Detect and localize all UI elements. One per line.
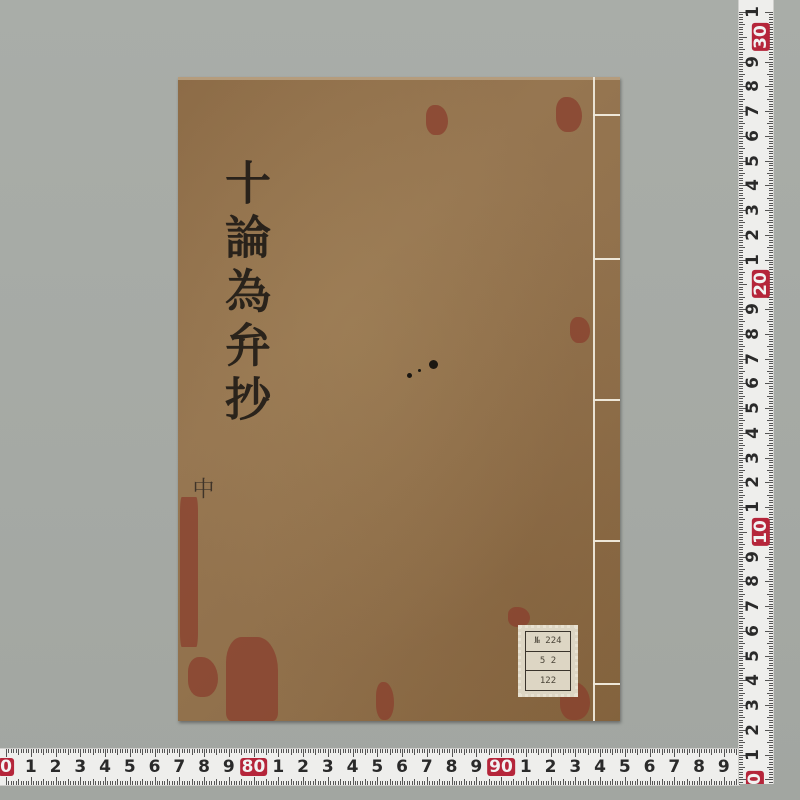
ruler-tick: [769, 89, 773, 90]
ruler-tick: [769, 304, 773, 305]
ruler-tick: [769, 710, 773, 711]
ruler-tick: [51, 781, 52, 785]
ruler-tick: [538, 749, 539, 755]
ruler-tick: [739, 764, 743, 765]
ruler-tick: [528, 749, 529, 753]
ruler-tick: [769, 146, 773, 147]
ruler-tick: [652, 749, 653, 753]
ruler-tick: [615, 781, 616, 785]
ruler-tick: [739, 448, 743, 449]
ruler-tick: [392, 781, 393, 785]
ruler-tick: [288, 781, 289, 785]
ruler-tick: [291, 779, 292, 785]
ruler-tick: [288, 749, 289, 753]
ruler-tick: [709, 749, 710, 753]
ruler-tick: [739, 349, 743, 350]
ruler-tick: [739, 316, 743, 317]
ruler-tick: [370, 781, 371, 785]
ruler-tick: [481, 781, 482, 785]
ruler-tick: [769, 138, 773, 139]
ruler-tick: [177, 781, 178, 785]
ruler-tick: [767, 74, 773, 75]
ruler-tick: [767, 569, 773, 570]
ruler-tick: [765, 482, 773, 483]
ruler-tick: [714, 781, 715, 785]
ruler-tick: [767, 123, 773, 124]
ruler-tick: [551, 777, 552, 785]
ruler-tick: [281, 781, 282, 785]
ruler-tick: [325, 749, 326, 753]
ruler-tick: [769, 413, 773, 414]
ruler-label: 0: [746, 771, 764, 784]
ruler-tick: [236, 781, 237, 785]
ruler-tick: [471, 749, 472, 753]
ruler-label: 9: [470, 758, 482, 776]
ruler-tick: [769, 203, 773, 204]
ruler-tick: [739, 37, 747, 38]
ruler-tick: [739, 24, 745, 25]
ruler-tick: [769, 341, 773, 342]
ruler-tick: [78, 749, 79, 753]
ruler-tick: [767, 693, 773, 694]
ruler-tick: [484, 749, 485, 753]
ruler-tick: [506, 749, 507, 753]
ruler-tick: [536, 781, 537, 785]
ruler-tick: [739, 368, 743, 369]
ruler-tick: [731, 781, 732, 785]
ruler-tick: [642, 781, 643, 785]
ruler-tick: [189, 781, 190, 785]
ruler-tick: [652, 781, 653, 785]
ruler-tick: [769, 381, 773, 382]
ruler-tick: [769, 564, 773, 565]
ruler-tick: [739, 742, 745, 743]
ruler-tick: [769, 589, 773, 590]
ruler-tick: [333, 781, 334, 785]
ruler-tick: [769, 665, 773, 666]
ruler-tick: [739, 47, 743, 48]
ruler-tick: [553, 749, 554, 753]
ruler-tick: [769, 670, 773, 671]
ruler-tick: [518, 749, 519, 753]
ruler-tick: [650, 777, 651, 785]
ruler-tick: [214, 749, 215, 753]
ruler-tick: [769, 626, 773, 627]
ruler-tick: [590, 749, 591, 753]
ruler-tick: [769, 448, 773, 449]
ruler-tick: [370, 749, 371, 753]
ruler-tick: [145, 781, 146, 785]
ruler-tick: [769, 725, 773, 726]
ruler-tick: [642, 749, 643, 753]
ruler-tick: [261, 781, 262, 785]
ruler-tick: [404, 749, 405, 753]
ruler-tick: [769, 331, 773, 332]
ruler-tick: [739, 596, 743, 597]
ruler-tick: [333, 749, 334, 753]
ruler-tick: [769, 195, 773, 196]
ruler-tick: [83, 749, 84, 753]
ruler-tick: [769, 477, 773, 478]
ruler-tick: [199, 781, 200, 785]
ruler-tick: [573, 781, 574, 785]
ruler-tick: [769, 720, 773, 721]
ruler-tick: [127, 749, 128, 753]
ruler-tick: [769, 425, 773, 426]
ruler-tick: [189, 749, 190, 753]
ruler-tick: [769, 762, 773, 763]
ruler-tick: [716, 781, 717, 785]
ruler-tick: [739, 175, 743, 176]
ruler-tick: [769, 69, 773, 70]
ruler-tick: [496, 781, 497, 785]
ruler-tick: [704, 749, 705, 753]
ruler-tick: [739, 522, 743, 523]
stain: [226, 637, 278, 721]
ruler-tick: [739, 217, 743, 218]
ruler-tick: [769, 403, 773, 404]
ruler-tick: [278, 777, 279, 785]
ruler-tick: [278, 749, 279, 757]
ruler-tick: [330, 781, 331, 785]
ruler-tick: [533, 749, 534, 753]
ruler-tick: [769, 143, 773, 144]
ruler-tick: [739, 324, 743, 325]
ruler-tick: [739, 247, 745, 248]
ruler-tick: [769, 430, 773, 431]
ruler-tick: [769, 608, 773, 609]
ruler-tick: [476, 749, 477, 757]
ruler-tick: [320, 749, 321, 753]
ruler-tick: [454, 749, 455, 753]
ruler-tick: [769, 571, 773, 572]
ruler-tick: [662, 749, 663, 755]
ruler-tick: [765, 111, 773, 112]
ruler-tick: [357, 749, 358, 753]
ruler-tick: [739, 371, 745, 372]
ruler-tick: [769, 604, 773, 605]
ruler-tick: [769, 84, 773, 85]
ruler-tick: [211, 749, 212, 753]
ruler-tick: [769, 19, 773, 20]
ruler-tick: [739, 49, 745, 50]
ruler-tick: [739, 423, 743, 424]
ruler-tick: [736, 749, 737, 755]
ruler-label: 7: [421, 758, 433, 776]
ruler-tick: [769, 750, 773, 751]
ruler-tick: [739, 665, 743, 666]
ruler-tick: [610, 749, 611, 753]
ruler-tick: [769, 64, 773, 65]
ruler-tick: [769, 410, 773, 411]
ruler-tick: [739, 717, 745, 718]
ruler-tick: [630, 781, 631, 785]
ruler-tick: [283, 749, 284, 753]
ruler-tick: [769, 406, 773, 407]
ruler-tick: [739, 443, 743, 444]
ruler-tick: [765, 606, 773, 607]
ruler-tick: [739, 321, 745, 322]
ruler-tick: [769, 472, 773, 473]
ruler-tick: [419, 781, 420, 785]
ruler-tick: [350, 781, 351, 785]
ruler-tick: [583, 781, 584, 785]
ruler-tick: [65, 749, 66, 753]
ruler-tick: [769, 200, 773, 201]
ruler-tick: [429, 781, 430, 785]
ruler-tick: [769, 735, 773, 736]
ruler-tick: [563, 749, 564, 755]
ruler-tick: [769, 128, 773, 129]
ruler-tick: [769, 737, 773, 738]
ruler-tick: [68, 749, 69, 755]
ruler-tick: [739, 663, 743, 664]
ruler-tick: [353, 777, 354, 785]
ruler-tick: [769, 636, 773, 637]
ruler-tick: [769, 769, 773, 770]
ruler-tick: [769, 722, 773, 723]
ruler-tick: [739, 514, 743, 515]
ruler-tick: [739, 101, 743, 102]
ruler-tick: [765, 458, 773, 459]
ruler-tick: [739, 769, 743, 770]
ruler-tick: [769, 113, 773, 114]
ruler-tick: [513, 749, 514, 755]
ruler-tick: [739, 69, 743, 70]
ruler-tick: [739, 529, 743, 530]
ruler-tick: [617, 749, 618, 753]
ruler-tick: [11, 749, 12, 753]
ruler-tick: [595, 781, 596, 785]
ruler-tick: [767, 618, 773, 619]
ruler-tick: [605, 781, 606, 785]
ruler-tick: [739, 670, 743, 671]
ruler-tick: [70, 749, 71, 753]
ruler-tick: [769, 450, 773, 451]
ruler-tick: [258, 781, 259, 785]
ruler-tick: [622, 781, 623, 785]
ruler-tick: [769, 178, 773, 179]
ruler-label: 3: [322, 758, 334, 776]
ruler-tick: [682, 781, 683, 785]
ruler-tick: [769, 613, 773, 614]
ruler-tick: [769, 443, 773, 444]
ruler-tick: [117, 749, 118, 755]
ruler-tick: [739, 252, 743, 253]
ruler-tick: [739, 668, 745, 669]
ruler-tick: [711, 749, 712, 755]
ruler-tick: [769, 485, 773, 486]
ruler-tick: [444, 781, 445, 785]
ruler-tick: [268, 749, 269, 753]
ruler-tick: [496, 749, 497, 753]
ruler-tick: [273, 781, 274, 785]
ruler-tick: [765, 433, 773, 434]
ruler-tick: [767, 742, 773, 743]
ruler-tick: [251, 749, 252, 753]
ruler-tick: [464, 779, 465, 785]
ruler-tick: [417, 781, 418, 785]
ruler-tick: [503, 781, 504, 785]
ruler-tick: [395, 781, 396, 785]
ruler-label: 1: [25, 758, 37, 776]
ruler-tick: [769, 131, 773, 132]
ruler-tick: [769, 94, 773, 95]
ruler-tick: [308, 781, 309, 785]
ruler-tick: [767, 643, 773, 644]
ruler-tick: [769, 745, 773, 746]
ruler-tick: [739, 737, 743, 738]
ruler-tick: [404, 781, 405, 785]
ruler-tick: [296, 749, 297, 753]
ruler-tick: [164, 781, 165, 785]
ruler-tick: [739, 319, 743, 320]
ruler-tick: [769, 81, 773, 82]
ruler-tick: [100, 781, 101, 785]
ruler-tick: [769, 391, 773, 392]
ruler-tick: [424, 781, 425, 785]
ruler-tick: [335, 749, 336, 753]
ruler-tick: [21, 749, 22, 753]
ruler-tick: [769, 388, 773, 389]
ruler-tick: [739, 747, 743, 748]
ruler-tick: [132, 781, 133, 785]
ruler-tick: [372, 781, 373, 785]
ruler-label: 4: [347, 758, 359, 776]
ruler-tick: [739, 693, 745, 694]
ruler-tick: [719, 749, 720, 753]
ruler-tick: [669, 781, 670, 785]
ruler-tick: [588, 749, 589, 755]
ruler-tick: [452, 777, 453, 785]
ruler-label: 1: [744, 749, 762, 761]
ruler-tick: [739, 467, 743, 468]
ruler-tick: [442, 781, 443, 785]
ruler-tick: [219, 749, 220, 753]
ruler-tick: [558, 749, 559, 753]
ruler-tick: [157, 781, 158, 785]
ruler-tick: [769, 101, 773, 102]
ruler-tick: [400, 749, 401, 753]
ruler-label: 80: [240, 758, 268, 776]
ruler-tick: [765, 779, 773, 780]
ruler-tick: [184, 749, 185, 753]
ruler-label: 8: [744, 575, 762, 587]
ruler-tick: [679, 749, 680, 753]
ruler-tick: [739, 148, 745, 149]
ruler-label: 4: [744, 179, 762, 191]
ruler-tick: [538, 779, 539, 785]
ruler-label: 6: [149, 758, 161, 776]
ruler-tick: [407, 781, 408, 785]
ruler-tick: [162, 781, 163, 785]
ruler-tick: [769, 109, 773, 110]
ruler-tick: [769, 703, 773, 704]
ruler-tick: [769, 638, 773, 639]
ruler-tick: [526, 777, 527, 785]
ruler-tick: [769, 156, 773, 157]
ruler-tick: [135, 749, 136, 753]
ruler-tick: [26, 749, 27, 753]
ruler-tick: [739, 465, 743, 466]
ruler-tick: [246, 749, 247, 753]
ruler-tick: [739, 373, 743, 374]
ruler-tick: [372, 749, 373, 753]
ruler-tick: [692, 781, 693, 785]
ruler-tick: [739, 42, 743, 43]
ruler-tick: [543, 781, 544, 785]
ruler-tick: [187, 781, 188, 785]
ruler-tick: [719, 781, 720, 785]
ruler-tick: [494, 781, 495, 785]
ruler-tick: [335, 781, 336, 785]
ruler-tick: [439, 779, 440, 785]
ruler-tick: [767, 173, 773, 174]
ruler-tick: [769, 658, 773, 659]
ruler-tick: [422, 781, 423, 785]
stain: [188, 657, 218, 697]
ruler-tick: [739, 269, 743, 270]
ruler-tick: [33, 781, 34, 785]
ruler-label: 6: [396, 758, 408, 776]
ruler-tick: [494, 749, 495, 753]
ruler-tick: [769, 104, 773, 105]
ruler-tick: [769, 307, 773, 308]
ruler-tick: [499, 749, 500, 753]
ruler-tick: [68, 779, 69, 785]
ruler-tick: [739, 366, 743, 367]
ruler-tick: [365, 779, 366, 785]
ruler-tick: [769, 267, 773, 268]
ruler-label: 6: [744, 625, 762, 637]
ruler-tick: [617, 781, 618, 785]
stain: [180, 497, 198, 647]
ruler-tick: [36, 749, 37, 753]
ruler-tick: [739, 470, 745, 471]
ruler-tick: [390, 779, 391, 785]
title-calligraphy: 十論為弁抄: [218, 159, 278, 429]
ruler-tick: [184, 781, 185, 785]
ruler-tick: [31, 777, 32, 785]
ruler-tick: [221, 781, 222, 785]
ruler-tick: [769, 438, 773, 439]
ruler-tick: [548, 781, 549, 785]
ruler-tick: [620, 749, 621, 753]
ruler-tick: [117, 779, 118, 785]
ruler-tick: [194, 781, 195, 785]
ruler-tick: [103, 781, 104, 785]
ruler-tick: [38, 781, 39, 785]
ruler-tick: [511, 749, 512, 753]
ruler-tick: [263, 749, 264, 753]
ruler-tick: [303, 749, 304, 757]
ruler-tick: [150, 781, 151, 785]
ruler-tick: [769, 559, 773, 560]
ruler-tick: [607, 781, 608, 785]
ruler-tick: [769, 121, 773, 122]
ruler-tick: [392, 749, 393, 753]
ruler-tick: [769, 759, 773, 760]
ruler-tick: [731, 749, 732, 753]
ruler-tick: [508, 749, 509, 753]
ruler-tick: [575, 777, 576, 785]
ruler-tick: [769, 217, 773, 218]
ruler-tick: [739, 547, 743, 548]
ruler-tick: [254, 777, 255, 785]
ruler-tick: [479, 781, 480, 785]
ruler-tick: [236, 749, 237, 753]
ruler-label: 4: [99, 758, 111, 776]
